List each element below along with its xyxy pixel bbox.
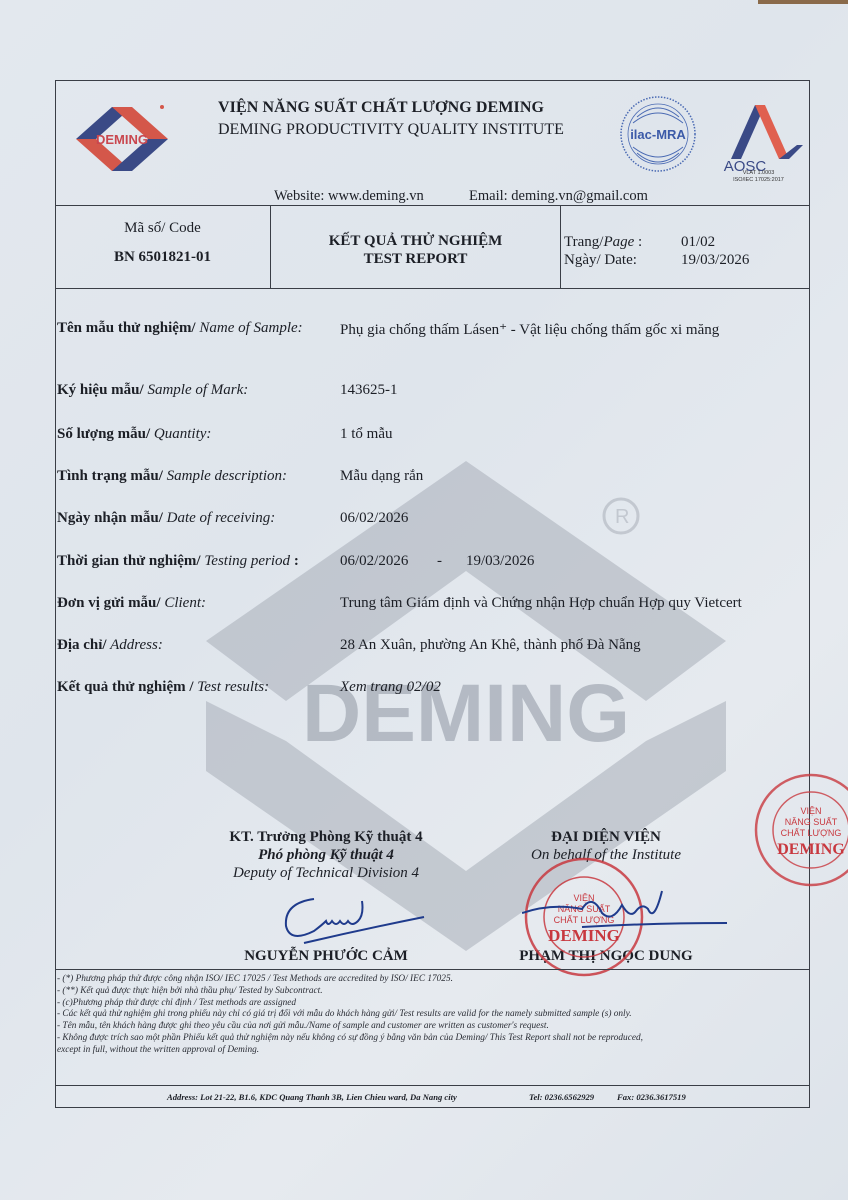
field-value: Mẫu dạng rắn (340, 468, 423, 485)
field-label: Kết quả thử nghiệm / Test results: (57, 679, 269, 696)
signer-title: KT. Trưởng Phòng Kỹ thuật 4 (196, 829, 456, 846)
period-end: 19/03/2026 (466, 553, 534, 570)
email-link[interactable]: Email: deming.vn@gmail.com (469, 188, 648, 205)
field-label: Tên mẫu thử nghiệm/ Name of Sample: (57, 320, 303, 337)
field-value: 1 tổ mẫu (340, 426, 393, 443)
page-date-cell: Trang/Page : 01/02 Ngày/ Date: 19/03/202… (561, 206, 810, 288)
svg-text:DEMING: DEMING (777, 841, 845, 858)
svg-text:DEMING: DEMING (96, 132, 148, 147)
field-label: Ký hiệu mẫu/ Sample of Mark: (57, 382, 248, 399)
aosc-accreditation-text: VLAT 1.0003 ISO/IEC 17025:2017 (716, 170, 801, 184)
aosc-code: VLAT 1.0003 (716, 170, 801, 177)
svg-text:ilac-MRA: ilac-MRA (630, 127, 686, 142)
report-title-row: Mã số/ Code BN 6501821-01 KẾT QUẢ THỬ NG… (55, 205, 810, 289)
field-label: Tình trạng mẫu/ Sample description: (57, 468, 287, 485)
field-value: Phụ gia chống thấm Lásen⁺ - Vật liệu chố… (340, 320, 719, 339)
deming-logo-icon: DEMING (60, 93, 180, 187)
field-value: Xem trang 02/02 (340, 679, 441, 696)
signer-subtitle: Phó phòng Kỹ thuật 4 (196, 847, 456, 864)
institute-name-vn: VIỆN NĂNG SUẤT CHẤT LƯỢNG DEMING (218, 99, 544, 117)
notes-section: - (*) Phương pháp thử được công nhận ISO… (55, 969, 810, 1087)
svg-text:R: R (615, 506, 629, 528)
note-line: - (**) Kết quả được thực hiện bởi nhà th… (55, 986, 810, 998)
test-report-document: R DEMING DEMING VIỆN NĂNG SUẤT CHẤT LƯỢN… (55, 80, 810, 1108)
handwritten-signature-icon (522, 883, 732, 943)
code-value: BN 6501821-01 (55, 249, 270, 266)
signer-subtitle-en: Deputy of Technical Division 4 (196, 865, 456, 882)
period-start: 06/02/2026 (340, 553, 408, 570)
field-label: Ngày nhận mẫu/ Date of receiving: (57, 510, 275, 527)
report-title-en: TEST REPORT (271, 251, 560, 268)
field-label: Đơn vị gửi mẫu/ Client: (57, 595, 206, 612)
footer-address: Address: Lot 21-22, B1.6, KDC Quang Than… (167, 1092, 457, 1102)
code-cell: Mã số/ Code BN 6501821-01 (55, 206, 271, 288)
svg-text:CHẤT LƯỢNG: CHẤT LƯỢNG (781, 828, 842, 838)
institute-name-en: DEMING PRODUCTIVITY QUALITY INSTITUTE (218, 121, 564, 139)
note-line: - (c)Phương pháp thử được chỉ định / Tes… (55, 998, 810, 1010)
background-edge (758, 0, 848, 4)
field-label: Số lượng mẫu/ Quantity: (57, 426, 211, 443)
period-separator: - (437, 553, 442, 570)
svg-text:NĂNG SUẤT: NĂNG SUẤT (785, 817, 838, 827)
footer-contact: Address: Lot 21-22, B1.6, KDC Quang Than… (55, 1085, 810, 1109)
footer-fax: Fax: 0236.3617519 (617, 1092, 686, 1102)
note-line: - (*) Phương pháp thử được công nhận ISO… (55, 974, 810, 986)
report-date: 19/03/2026 (681, 252, 749, 269)
code-label: Mã số/ Code (55, 220, 270, 237)
field-label: Thời gian thử nghiệm/ Testing period : (57, 553, 299, 570)
page-number: 01/02 (681, 234, 715, 251)
date-label: Ngày/ Date: (564, 252, 637, 269)
svg-text:VIỆN: VIỆN (800, 806, 821, 816)
letterhead: DEMING VIỆN NĂNG SUẤT CHẤT LƯỢNG DEMING … (56, 81, 809, 205)
field-label: Địa chỉ/ Address: (57, 637, 163, 654)
note-line: - Không được trích sao một phần Phiếu kế… (55, 1033, 810, 1045)
website-link[interactable]: Website: www.deming.vn (274, 188, 424, 205)
field-value: Trung tâm Giám định và Chứng nhận Hợp ch… (340, 595, 742, 612)
signer-title: ĐẠI DIỆN VIỆN (486, 829, 726, 846)
footer-tel: Tel: 0236.6562929 (529, 1092, 594, 1102)
report-title-cell: KẾT QUẢ THỬ NGHIỆM TEST REPORT (271, 206, 561, 288)
handwritten-signature-icon (274, 881, 434, 951)
page-label: Trang/Page : (564, 234, 642, 251)
note-line: - Tên mẫu, tên khách hàng được ghi theo … (55, 1021, 810, 1033)
note-line: except in full, without the written appr… (55, 1045, 810, 1057)
field-value: 143625-1 (340, 382, 398, 399)
ilac-mra-logo-icon: ilac-MRA (619, 95, 697, 173)
partial-stamp-icon: VIỆN NĂNG SUẤT CHẤT LƯỢNG DEMING (749, 768, 848, 893)
note-line: - Các kết quả thử nghiệm ghi trong phiếu… (55, 1009, 810, 1021)
report-title-vn: KẾT QUẢ THỬ NGHIỆM (271, 233, 560, 250)
signature-block-left: KT. Trưởng Phòng Kỹ thuật 4 Phó phòng Kỹ… (196, 829, 456, 882)
aosc-standard: ISO/IEC 17025:2017 (716, 177, 801, 184)
field-value: 06/02/2026 (340, 510, 408, 527)
field-value: 28 An Xuân, phường An Khê, thành phố Đà … (340, 637, 641, 654)
